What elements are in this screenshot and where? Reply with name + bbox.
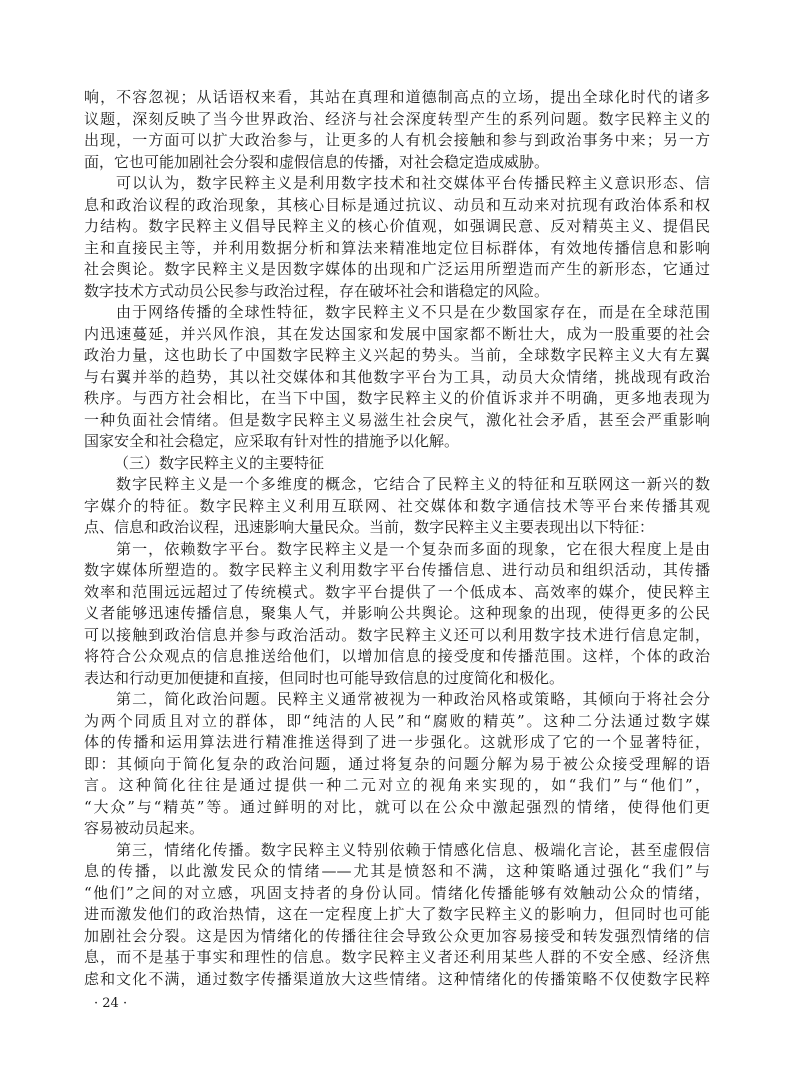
paragraph-global-spread: 由于网络传播的全球性特征，数字民粹主义不只是在少数国家存在，而是在全球范围 内迅… [84,302,710,453]
text-line: 数字媒体所塑造的。数字民粹主义利用数字平台传播信息、进行动员和组织活动，其传播 [84,560,710,582]
text-line: 议题，深刻反映了当今世界政治、经济与社会深度转型产生的系列问题。数字民粹主义的 [84,109,710,131]
paragraph-definition: 可以认为，数字民粹主义是利用数字技术和社交媒体平台传播民粹主义意识形态、信 息和… [84,173,710,302]
text-line: 出现，一方面可以扩大政治参与，让更多的人有机会接触和参与到政治事务中来；另一方 [84,130,710,152]
text-line: 息，而不是基于事实和理性的信息。数字民粹主义者还利用某些人群的不安全感、经济焦 [84,947,710,969]
text-line: 第一，依赖数字平台。数字民粹主义是一个复杂而多面的现象，它在很大程度上是由 [84,539,710,561]
paragraph-feature-three: 第三，情绪化传播。数字民粹主义特别依赖于情感化信息、极端化言论，甚至虚假信 息的… [84,840,710,991]
text-line: 进而激发他们的政治热情，这在一定程度上扩大了数字民粹主义的影响力，但同时也可能 [84,904,710,926]
text-line: 社会舆论。数字民粹主义是因数字媒体的出现和广泛运用所塑造而产生的新形态，它通过 [84,259,710,281]
text-line: 第二，简化政治问题。民粹主义通常被视为一种政治风格或策略，其倾向于将社会分 [84,689,710,711]
text-line: “他们”之间的对立感，巩固支持者的身份认同。情绪化传播能够有效触动公众的情绪， [84,883,710,905]
text-line: 息和政治议程的政治现象，其核心目标是通过抗议、动员和互动来对抗现有政治体系和权 [84,195,710,217]
text-line: 一种负面社会情绪。但是数字民粹主义易滋生社会戾气，激化社会矛盾，甚至会严重影响 [84,410,710,432]
text-line: 数字民粹主义是一个多维度的概念，它结合了民粹主义的特征和互联网这一新兴的数 [84,474,710,496]
text-line: 第三，情绪化传播。数字民粹主义特别依赖于情感化信息、极端化言论，甚至虚假信 [84,840,710,862]
text-line: 体的传播和运用算法进行精准推送得到了进一步强化。这就形成了它的一个显著特征， [84,732,710,754]
text-line: 义者能够迅速传播信息，聚集人气，并影响公共舆论。这种现象的出现，使得更多的公民 [84,603,710,625]
text-line: 加剧社会分裂。这是因为情绪化的传播往往会导致公众更加容易接受和转发强烈情绪的信 [84,926,710,948]
paragraph-overview: 数字民粹主义是一个多维度的概念，它结合了民粹主义的特征和互联网这一新兴的数 字媒… [84,474,710,539]
text-line: 面，它也可能加剧社会分裂和虚假信息的传播，对社会稳定造成威胁。 [84,152,710,174]
text-line: 字媒介的特征。数字民粹主义利用互联网、社交媒体和数字通信技术等平台来传播其观 [84,496,710,518]
text-line: 可以接触到政治信息并参与政治活动。数字民粹主义还可以利用数字技术进行信息定制， [84,625,710,647]
text-line: 息的传播，以此激发民众的情绪——尤其是愤怒和不满，这种策略通过强化“我们”与 [84,861,710,883]
text-line: 可以认为，数字民粹主义是利用数字技术和社交媒体平台传播民粹主义意识形态、信 [84,173,710,195]
text-line: 国家安全和社会稳定，应采取有针对性的措施予以化解。 [84,431,710,453]
paragraph-feature-two: 第二，简化政治问题。民粹主义通常被视为一种政治风格或策略，其倾向于将社会分 为两… [84,689,710,840]
text-line: 将符合公众观点的信息推送给他们，以增加信息的接受度和传播范围。这样，个体的政治 [84,646,710,668]
page-number: · 24 · [94,994,127,1014]
text-line: 表达和行动更加便捷和直接，但同时也可能导致信息的过度简化和极化。 [84,668,710,690]
text-line: 响，不容忽视；从话语权来看，其站在真理和道德制高点的立场，提出全球化时代的诸多 [84,87,710,109]
text-line: “大众”与“精英”等。通过鲜明的对比，就可以在公众中激起强烈的情绪，使得他们更 [84,797,710,819]
text-line: 即：其倾向于简化复杂的政治问题，通过将复杂的问题分解为易于被公众接受理解的语 [84,754,710,776]
text-line: 秩序。与西方社会相比，在当下中国，数字民粹主义的价值诉求并不明确，更多地表现为 [84,388,710,410]
text-line: 为两个同质且对立的群体，即“纯洁的人民”和“腐败的精英”。这种二分法通过数字媒 [84,711,710,733]
text-line: 点、信息和政治议程，迅速影响大量民众。当前，数字民粹主义主要表现出以下特征： [84,517,710,539]
text-line: 数字技术方式动员公民参与政治过程，存在破坏社会和谐稳定的风险。 [84,281,710,303]
text-line: 由于网络传播的全球性特征，数字民粹主义不只是在少数国家存在，而是在全球范围 [84,302,710,324]
text-line: 政治力量，这也助长了中国数字民粹主义兴起的势头。当前，全球数字民粹主义大有左翼 [84,345,710,367]
text-line: 效率和范围远远超过了传统模式。数字平台提供了一个低成本、高效率的媒介，使民粹主 [84,582,710,604]
text-line: 言。这种简化往往是通过提供一种二元对立的视角来实现的，如“我们”与“他们”， [84,775,710,797]
text-line: 主和直接民主等，并利用数据分析和算法来精准地定位目标群体，有效地传播信息和影响 [84,238,710,260]
body-text: 响，不容忽视；从话语权来看，其站在真理和道德制高点的立场，提出全球化时代的诸多 … [84,87,710,990]
text-line: 与右翼并举的趋势，其以社交媒体和其他数字平台为工具，动员大众情绪，挑战现有政治 [84,367,710,389]
paragraph-feature-one: 第一，依赖数字平台。数字民粹主义是一个复杂而多面的现象，它在很大程度上是由 数字… [84,539,710,690]
paragraph-continued: 响，不容忽视；从话语权来看，其站在真理和道德制高点的立场，提出全球化时代的诸多 … [84,87,710,173]
text-line: 力结构。数字民粹主义倡导民粹主义的核心价值观，如强调民意、反对精英主义、提倡民 [84,216,710,238]
text-line: 容易被动员起来。 [84,818,710,840]
document-page: 响，不容忽视；从话语权来看，其站在真理和道德制高点的立场，提出全球化时代的诸多 … [0,0,793,1077]
section-heading-text: （三）数字民粹主义的主要特征 [84,453,710,475]
section-heading: （三）数字民粹主义的主要特征 [84,453,710,475]
text-line: 内迅速蔓延，并兴风作浪，其在发达国家和发展中国家都不断壮大，成为一股重要的社会 [84,324,710,346]
text-line: 虑和文化不满，通过数字传播渠道放大这些情绪。这种情绪化的传播策略不仅使数字民粹 [84,969,710,991]
